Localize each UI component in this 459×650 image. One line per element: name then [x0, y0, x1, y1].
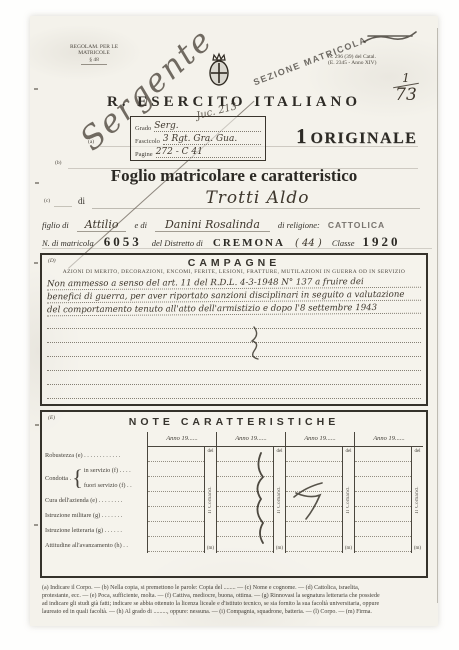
table-cell	[286, 462, 342, 477]
year-column-4: Anno 19...... del Il Comand. (m)	[354, 432, 423, 553]
year-column-1: Anno 19...... del Il Comand. (m)	[147, 432, 216, 553]
year-column-3: Anno 19...... del Il Comand.	[285, 432, 354, 553]
matricola-number: 6053	[104, 234, 142, 249]
catalog-reference: N. 296 (39) del Catal. (E. 2345 - Anno X…	[328, 54, 424, 66]
line-c-label: (c)	[44, 198, 50, 204]
father-name: Attilio	[77, 218, 127, 232]
strip-firma-label: (m)	[414, 546, 421, 551]
matricola-label: N. di matricola	[42, 238, 94, 248]
margin-mark	[34, 88, 38, 90]
campagne-title: CAMPAGNE	[47, 257, 421, 269]
row-label-attitudine: Attitudine all'avanzamento (h) . .	[45, 538, 147, 553]
scanned-document-page: REGOLAM. PER LE MATRICOLE § 48 Sergente …	[0, 0, 459, 650]
note-marker: (E)	[48, 415, 55, 421]
strip-del-label: del	[414, 449, 420, 454]
strip-firma-label: (m)	[276, 546, 283, 551]
footnote-line3: ad indicare gli studi già fatti; indicar…	[42, 600, 430, 608]
ink-mark	[360, 26, 420, 48]
table-cell	[286, 447, 342, 462]
row-label-condotta-group: Condotta . { in servizio (f) . . . . fuo…	[45, 463, 147, 493]
year-column-cells	[148, 447, 204, 553]
catalog-line2: (E. 2345 - Anno XIV)	[328, 60, 424, 66]
ink-mark	[288, 477, 328, 527]
footnote-line4: laureato ed in quali facoltà. — (h) Al g…	[42, 608, 430, 616]
campagne-entry-line1: Non ammesso a senso del art. 11 del R.D.…	[47, 277, 421, 291]
table-cell	[355, 522, 411, 537]
name-rule	[92, 208, 420, 209]
e-di-label: e di	[134, 220, 147, 230]
strip-del-label: del	[207, 449, 213, 454]
pagine-value: 272 - C 41	[156, 148, 261, 158]
soldier-name: Trotti Aldo	[95, 188, 420, 208]
empty-rule-line	[47, 385, 421, 399]
year-column-cells	[286, 447, 342, 553]
campagne-subtitle: AZIONI DI MERITO, DECORAZIONI, ENCOMI, F…	[47, 269, 421, 275]
matricola-line: N. di matricola 6053 del Distretto di CR…	[42, 233, 432, 249]
parents-line: figlio di Attilio e di Danini Rosalinda …	[42, 215, 432, 229]
table-cell	[148, 477, 204, 492]
ink-mark	[240, 323, 270, 363]
pagine-label: Pagine	[135, 151, 153, 158]
margin-mark	[34, 524, 38, 526]
religione-label: di religione:	[278, 220, 320, 230]
page-fold-line	[437, 28, 438, 603]
condotta-brace: {	[71, 465, 84, 491]
comandante-label: Il Comand.	[415, 486, 420, 514]
margin-mark	[35, 424, 39, 426]
matricola-rule	[42, 248, 432, 249]
comandante-strip: del Il Comand. (m)	[204, 447, 216, 553]
footnote-line1: (a) Indicare il Corpo. — (b) Nella copia…	[42, 584, 430, 592]
comandante-strip: del Il Comand. (m)	[273, 447, 285, 553]
table-cell	[355, 492, 411, 507]
campagne-entry-line2: benefici di guerra, per aver riportato s…	[47, 290, 421, 304]
table-cell	[286, 537, 342, 552]
comandante-label: Il Comand.	[277, 486, 282, 514]
strip-firma-label: (m)	[207, 546, 214, 551]
label-header-spacer	[45, 432, 147, 448]
table-cell	[148, 537, 204, 552]
comandante-label: Il Comand.	[208, 486, 213, 514]
empty-rule-line	[47, 371, 421, 385]
year-column-2: Anno 19...... del Il Comand.	[216, 432, 285, 553]
note-table-label-column: Robustezza (e) . . . . . . . . . . . . C…	[45, 432, 147, 553]
originale-stamp-number: 1	[296, 124, 307, 148]
condotta-sub1-label: in servizio (f) . . . .	[84, 467, 132, 474]
note-caratteristiche-section: (E) NOTE CARATTERISTICHE Robustezza (e) …	[40, 410, 428, 578]
year-header: Anno 19......	[355, 432, 423, 447]
classe-year: 1920	[363, 234, 401, 249]
document-title: Foglio matricolare e caratteristico	[30, 166, 438, 186]
year-column-cells	[217, 447, 273, 553]
di-label: di	[78, 196, 85, 206]
comandante-label: Il Comand.	[346, 486, 351, 514]
strip-del-label: del	[276, 449, 282, 454]
campagne-section: (D) CAMPAGNE AZIONI DI MERITO, DECORAZIO…	[40, 253, 428, 406]
table-cell	[355, 537, 411, 552]
regulation-note-line1: REGOLAM. PER LE MATRICOLE	[57, 44, 131, 56]
originale-stamp: 1 ORIGINALE	[296, 124, 417, 149]
table-cell	[148, 507, 204, 522]
footnote-line2: protestante, ecc. — (e) Poca, sufficient…	[42, 592, 430, 600]
table-cell	[148, 492, 204, 507]
fascicolo-value: 3 Rgt. Gra. Gua.	[163, 135, 261, 145]
table-cell	[355, 447, 411, 462]
strip-firma-label: (m)	[345, 546, 352, 551]
figlio-di-label: figlio di	[42, 220, 69, 230]
row-label-cura: Cura dell'azienda (e) . . . . . . . .	[45, 493, 147, 508]
religione-stamp: CATTOLICA	[328, 220, 385, 230]
grado-value: Serg.	[154, 122, 261, 132]
margin-mark	[34, 262, 38, 264]
fascicolo-label: Fascicolo	[135, 138, 160, 145]
ink-mark	[247, 449, 273, 549]
year-header: Anno 19......	[148, 432, 216, 447]
classe-label: Classe	[332, 238, 355, 248]
grado-box: Grado Serg. Fascicolo 3 Rgt. Gra. Gua. P…	[130, 116, 266, 161]
table-cell	[355, 507, 411, 522]
empty-rule-line	[47, 315, 421, 329]
regulation-note-line2: § 48	[81, 57, 107, 65]
empty-rule-line	[47, 329, 421, 343]
condotta-sub2-label: fuori servizio (f) . .	[84, 482, 132, 489]
regulation-note: REGOLAM. PER LE MATRICOLE § 48	[57, 44, 131, 65]
year-header: Anno 19......	[286, 432, 354, 447]
year-header: Anno 19......	[217, 432, 285, 447]
table-cell	[148, 462, 204, 477]
condotta-label: Condotta .	[45, 475, 71, 482]
distretto-label: del Distretto di	[152, 238, 203, 248]
empty-rule-line	[47, 357, 421, 371]
note-title: NOTE CARATTERISTICHE	[42, 416, 426, 428]
row-label-istruzione-militare: Istruzione militare (g) . . . . . . .	[45, 508, 147, 523]
footnote-legend: (a) Indicare il Corpo. — (b) Nella copia…	[42, 584, 430, 616]
mother-name: Danini Rosalinda	[155, 218, 270, 232]
note-table: Robustezza (e) . . . . . . . . . . . . C…	[45, 432, 423, 553]
grado-label: Grado	[135, 125, 151, 132]
comandante-strip: del Il Comand. (m)	[342, 447, 354, 553]
table-cell	[148, 522, 204, 537]
strip-del-label: del	[345, 449, 351, 454]
table-cell	[355, 462, 411, 477]
table-cell	[355, 477, 411, 492]
line-a-label: (a)	[88, 139, 94, 145]
empty-rule-line	[47, 343, 421, 357]
table-cell	[148, 447, 204, 462]
originale-stamp-word: ORIGINALE	[311, 130, 418, 147]
year-column-cells	[355, 447, 411, 553]
comandante-strip: del Il Comand. (m)	[411, 447, 423, 553]
row-label-robustezza: Robustezza (e) . . . . . . . . . . . .	[45, 448, 147, 463]
line-c-rule1	[54, 206, 72, 207]
row-label-istruzione-letteraria: Istruzione letteraria (g) . . . . . .	[45, 523, 147, 538]
savoy-crest-icon	[204, 52, 234, 90]
campagne-marker: (D)	[48, 258, 56, 264]
